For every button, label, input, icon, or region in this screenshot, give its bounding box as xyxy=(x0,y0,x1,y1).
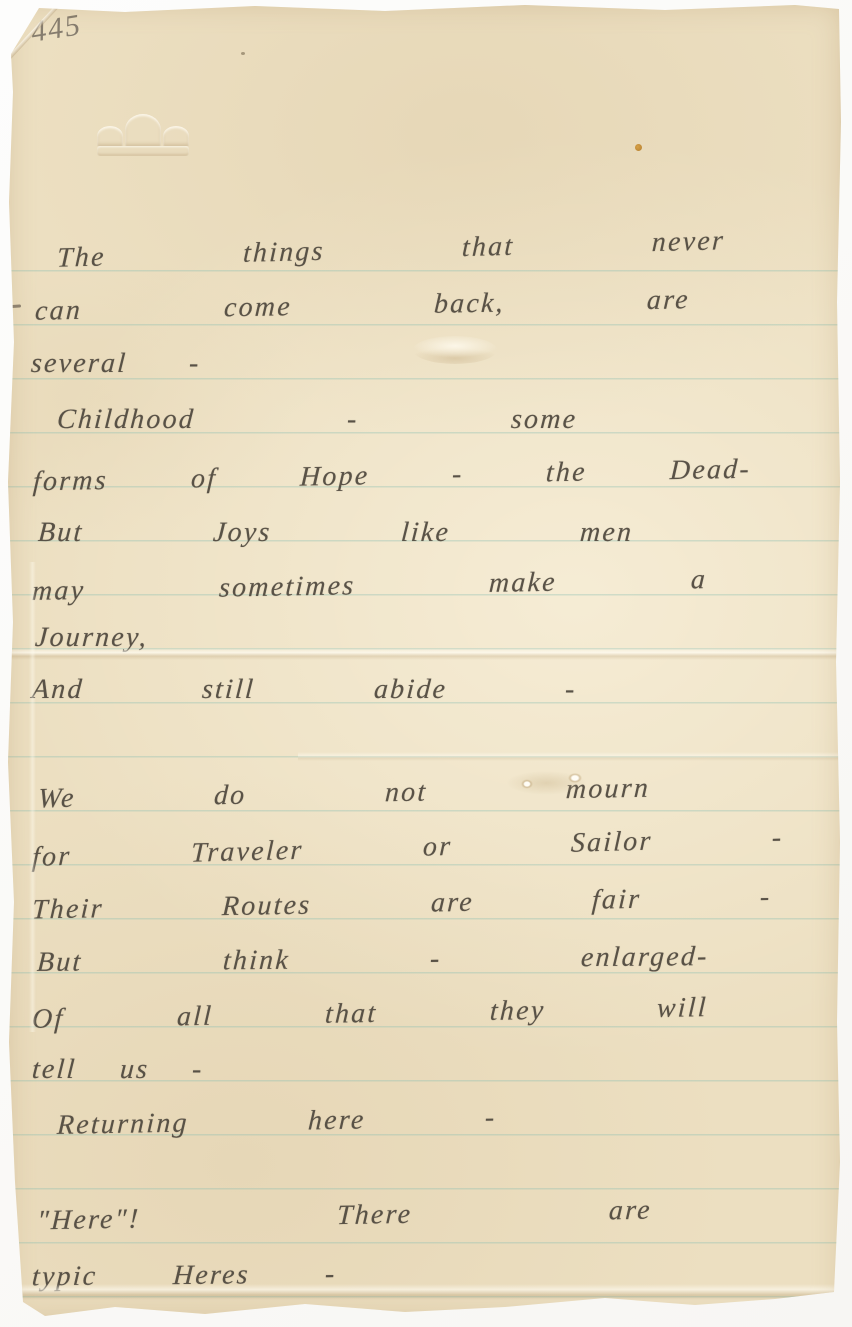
manuscript-word: back, xyxy=(433,287,506,320)
manuscript-line-17: "Here"!Thereare xyxy=(37,1195,652,1238)
manuscript-line-9: Andstillabide- xyxy=(32,674,577,706)
manuscript-word: Traveler xyxy=(190,835,304,870)
manuscript-word: typic xyxy=(31,1261,98,1294)
manuscript-word: There xyxy=(336,1199,413,1232)
manuscript-word: Heres xyxy=(172,1259,251,1292)
manuscript-text-layer: Thethingsthatnevercancomeback,areseveral… xyxy=(5,2,843,1322)
foxing-spot xyxy=(635,144,642,151)
manuscript-line-6: ButJoyslikemen xyxy=(38,517,633,549)
manuscript-line-18: typicHeres- xyxy=(32,1259,337,1294)
manuscript-word: several xyxy=(30,348,129,380)
manuscript-word: the xyxy=(545,457,587,490)
manuscript-word: Joys xyxy=(212,517,273,549)
manuscript-word: make xyxy=(488,567,558,600)
manuscript-word: still xyxy=(201,674,256,706)
manuscript-word: like xyxy=(400,517,451,549)
manuscript-word: think xyxy=(222,945,291,978)
manuscript-word: But xyxy=(36,947,83,979)
manuscript-word: of xyxy=(190,463,218,495)
manuscript-line-5: formsofHope-theDead- xyxy=(33,454,751,499)
manuscript-word: all xyxy=(176,1001,214,1034)
manuscript-word: Routes xyxy=(222,890,313,924)
manuscript-word: - xyxy=(324,1259,337,1291)
manuscript-line-2: cancomeback,are xyxy=(35,284,690,327)
manuscript-word: may xyxy=(31,575,86,608)
manuscript-word: - xyxy=(760,882,773,914)
manuscript-word: - xyxy=(564,674,578,706)
manuscript-line-14: Ofallthattheywill xyxy=(32,992,708,1036)
manuscript-word: things xyxy=(242,236,325,270)
paper-abrasion-blemish xyxy=(505,768,597,798)
manuscript-word: men xyxy=(579,517,634,549)
manuscript-word: The xyxy=(56,241,106,274)
manuscript-word: tell xyxy=(31,1054,78,1086)
manuscript-line-12: TheirRoutesarefair- xyxy=(32,882,772,927)
manuscript-word: Dead- xyxy=(669,454,752,487)
manuscript-line-13: Butthink-enlarged- xyxy=(37,941,709,979)
manuscript-word: fair xyxy=(592,884,643,917)
manuscript-word: Returning xyxy=(56,1108,189,1142)
manuscript-word: for xyxy=(31,841,72,874)
manuscript-word: come xyxy=(223,291,293,324)
manuscript-word: - xyxy=(346,404,360,436)
manuscript-word: Hope xyxy=(299,460,370,493)
manuscript-word: But xyxy=(37,517,85,549)
manuscript-word: here xyxy=(308,1104,367,1137)
manuscript-line-11: forTravelerorSailor- xyxy=(32,822,785,874)
manuscript-word: - xyxy=(451,459,464,491)
manuscript-word: can xyxy=(34,295,83,328)
manuscript-word: a xyxy=(690,564,708,596)
manuscript-line-4: Childhood-some xyxy=(57,404,577,436)
manuscript-word: some xyxy=(510,404,579,436)
manuscript-word: do xyxy=(213,780,247,813)
manuscript-line-3: several- xyxy=(31,348,201,380)
manuscript-line-8: Journey, xyxy=(35,622,235,654)
manuscript-word: Of xyxy=(31,1003,65,1036)
manuscript-word: - xyxy=(429,943,442,975)
paper-dent-blemish xyxy=(413,336,497,364)
manuscript-word: - xyxy=(485,1102,498,1134)
manuscript-word: not xyxy=(384,777,428,810)
manuscript-line-16: Returninghere- xyxy=(57,1102,497,1142)
manuscript-word: Their xyxy=(31,893,104,926)
manuscript-word: are xyxy=(430,887,475,920)
manuscript-word: that xyxy=(461,231,515,264)
paper-speck xyxy=(241,52,245,55)
manuscript-word: are xyxy=(608,1195,653,1228)
manuscript-word: Childhood xyxy=(56,404,196,436)
manuscript-word: Journey, xyxy=(34,622,149,654)
manuscript-word: are xyxy=(646,284,691,317)
manuscript-line-1: Thethingsthatnever xyxy=(57,225,726,274)
manuscript-word: And xyxy=(31,674,85,706)
manuscript-word: enlarged- xyxy=(580,941,710,974)
manuscript-word: that xyxy=(324,998,378,1031)
manuscript-word: "Here"! xyxy=(36,1204,141,1238)
manuscript-word: forms xyxy=(32,465,108,498)
manuscript-word: - xyxy=(188,348,202,380)
manuscript-word: will xyxy=(656,992,708,1025)
manuscript-word: - xyxy=(191,1054,205,1086)
manuscript-line-7: maysometimesmakea xyxy=(32,564,707,608)
manuscript-word: We xyxy=(37,783,76,816)
manuscript-word: abide xyxy=(373,674,448,706)
manuscript-word: they xyxy=(489,995,546,1028)
manuscript-word: never xyxy=(651,225,726,259)
manuscript-word: Sailor xyxy=(571,826,654,860)
manuscript-word: or xyxy=(422,831,453,864)
manuscript-word: us xyxy=(119,1054,151,1086)
manuscript-word: sometimes xyxy=(218,570,356,604)
scan-background: 445 Thethingsthatnevercancomeback,aresev… xyxy=(0,0,852,1327)
manuscript-page: 445 Thethingsthatnevercancomeback,aresev… xyxy=(5,2,843,1322)
manuscript-word: - xyxy=(772,822,785,854)
manuscript-line-15: tellus- xyxy=(32,1054,204,1086)
